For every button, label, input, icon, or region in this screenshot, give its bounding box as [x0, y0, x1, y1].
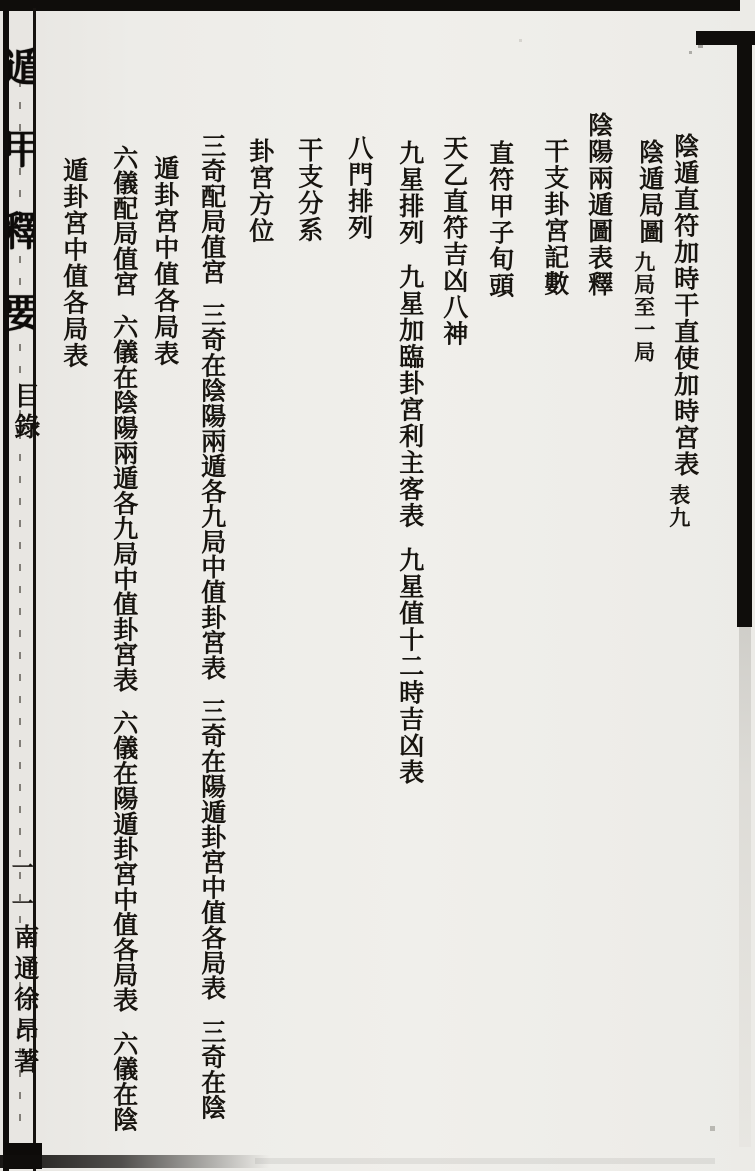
scan-page: 遁甲釋要 目錄 一一 南通徐昂著 陰遁直符加時干直使加時宮表表九陰遁局圖九局至一…	[0, 0, 755, 1171]
toc-entry: 六儀在陽遁卦宮中值各局表	[110, 710, 137, 1012]
toc-entry: 陰陽兩遁圖表釋	[585, 112, 612, 298]
toc-entry: 八門排列	[345, 135, 372, 241]
toc-column-1: 陰遁直符加時干直使加時宮表表九	[669, 133, 698, 529]
bottom-border-faint	[255, 1158, 715, 1164]
toc-entry: 天乙直符吉凶八神	[440, 135, 467, 347]
right-border-bar	[737, 31, 752, 627]
ink-specks	[0, 0, 1, 1]
toc-column-14: 遁卦宮中值各局表	[58, 157, 87, 369]
toc-entry: 卦宮方位	[246, 138, 273, 244]
toc-entry: 三奇在陰	[198, 1019, 225, 1120]
spine-title-clip: 遁甲釋要	[8, 38, 34, 368]
right-border-fade	[739, 627, 751, 1147]
toc-column-5: 直符甲子旬頭	[484, 140, 513, 299]
toc-entry-note: 表九	[667, 484, 691, 529]
toc-entry-note: 九局至一局	[632, 251, 656, 364]
toc-column-4: 干支卦宮記數	[539, 138, 568, 297]
toc-entry: 三奇在陽遁卦宮中值各局表	[198, 698, 225, 1000]
toc-column-8: 八門排列	[343, 135, 372, 241]
toc-column-9: 干支分系	[293, 137, 322, 243]
toc-column-2: 陰遁局圖九局至一局	[634, 139, 663, 364]
toc-column-10: 卦宮方位	[244, 138, 273, 244]
toc-column-7: 九星排列九星加臨卦宮利主客表九星值十二時吉凶表	[394, 140, 423, 786]
toc-entry: 九星排列	[396, 140, 423, 246]
toc-entry: 陰遁局圖	[636, 139, 663, 245]
toc-column-12: 遁卦宮中值各局表	[149, 155, 178, 367]
bottom-border-band	[0, 1155, 270, 1168]
section-label: 目錄	[10, 382, 40, 444]
page-number: 一一	[9, 856, 34, 928]
toc-column-6: 天乙直符吉凶八神	[438, 135, 467, 347]
toc-entry: 九星值十二時吉凶表	[396, 547, 423, 786]
toc-entry: 六儀配局值宮	[110, 145, 137, 296]
toc-entry: 六儀在陰	[110, 1031, 137, 1132]
author-line: 南通徐昂著	[9, 924, 38, 1079]
toc-column-3: 陰陽兩遁圖表釋	[583, 112, 612, 298]
toc-entry: 九星加臨卦宮利主客表	[396, 264, 423, 529]
book-title: 遁甲釋要	[8, 46, 34, 368]
toc-entry: 干支分系	[295, 137, 322, 243]
toc-column-13: 六儀配局值宮六儀在陰陽兩遁各九局中值卦宮表六儀在陽遁卦宮中值各局表六儀在陰	[108, 145, 137, 1131]
toc-entry: 遁卦宮中值各局表	[60, 157, 87, 369]
toc-entry: 三奇在陰陽兩遁各九局中值卦宮表	[198, 302, 225, 680]
toc-entry: 干支卦宮記數	[541, 138, 568, 297]
toc-entry: 遁卦宮中值各局表	[151, 155, 178, 367]
toc-entry: 陰遁直符加時干直使加時宮表	[671, 133, 698, 478]
toc-entry: 六儀在陰陽兩遁各九局中值卦宮表	[110, 314, 137, 692]
top-border-band	[0, 0, 740, 11]
toc-entry: 直符甲子旬頭	[486, 140, 513, 299]
toc-column-11: 三奇配局值宮三奇在陰陽兩遁各九局中值卦宮表三奇在陽遁卦宮中值各局表三奇在陰	[196, 133, 225, 1119]
toc-entry: 三奇配局值宮	[198, 133, 225, 284]
